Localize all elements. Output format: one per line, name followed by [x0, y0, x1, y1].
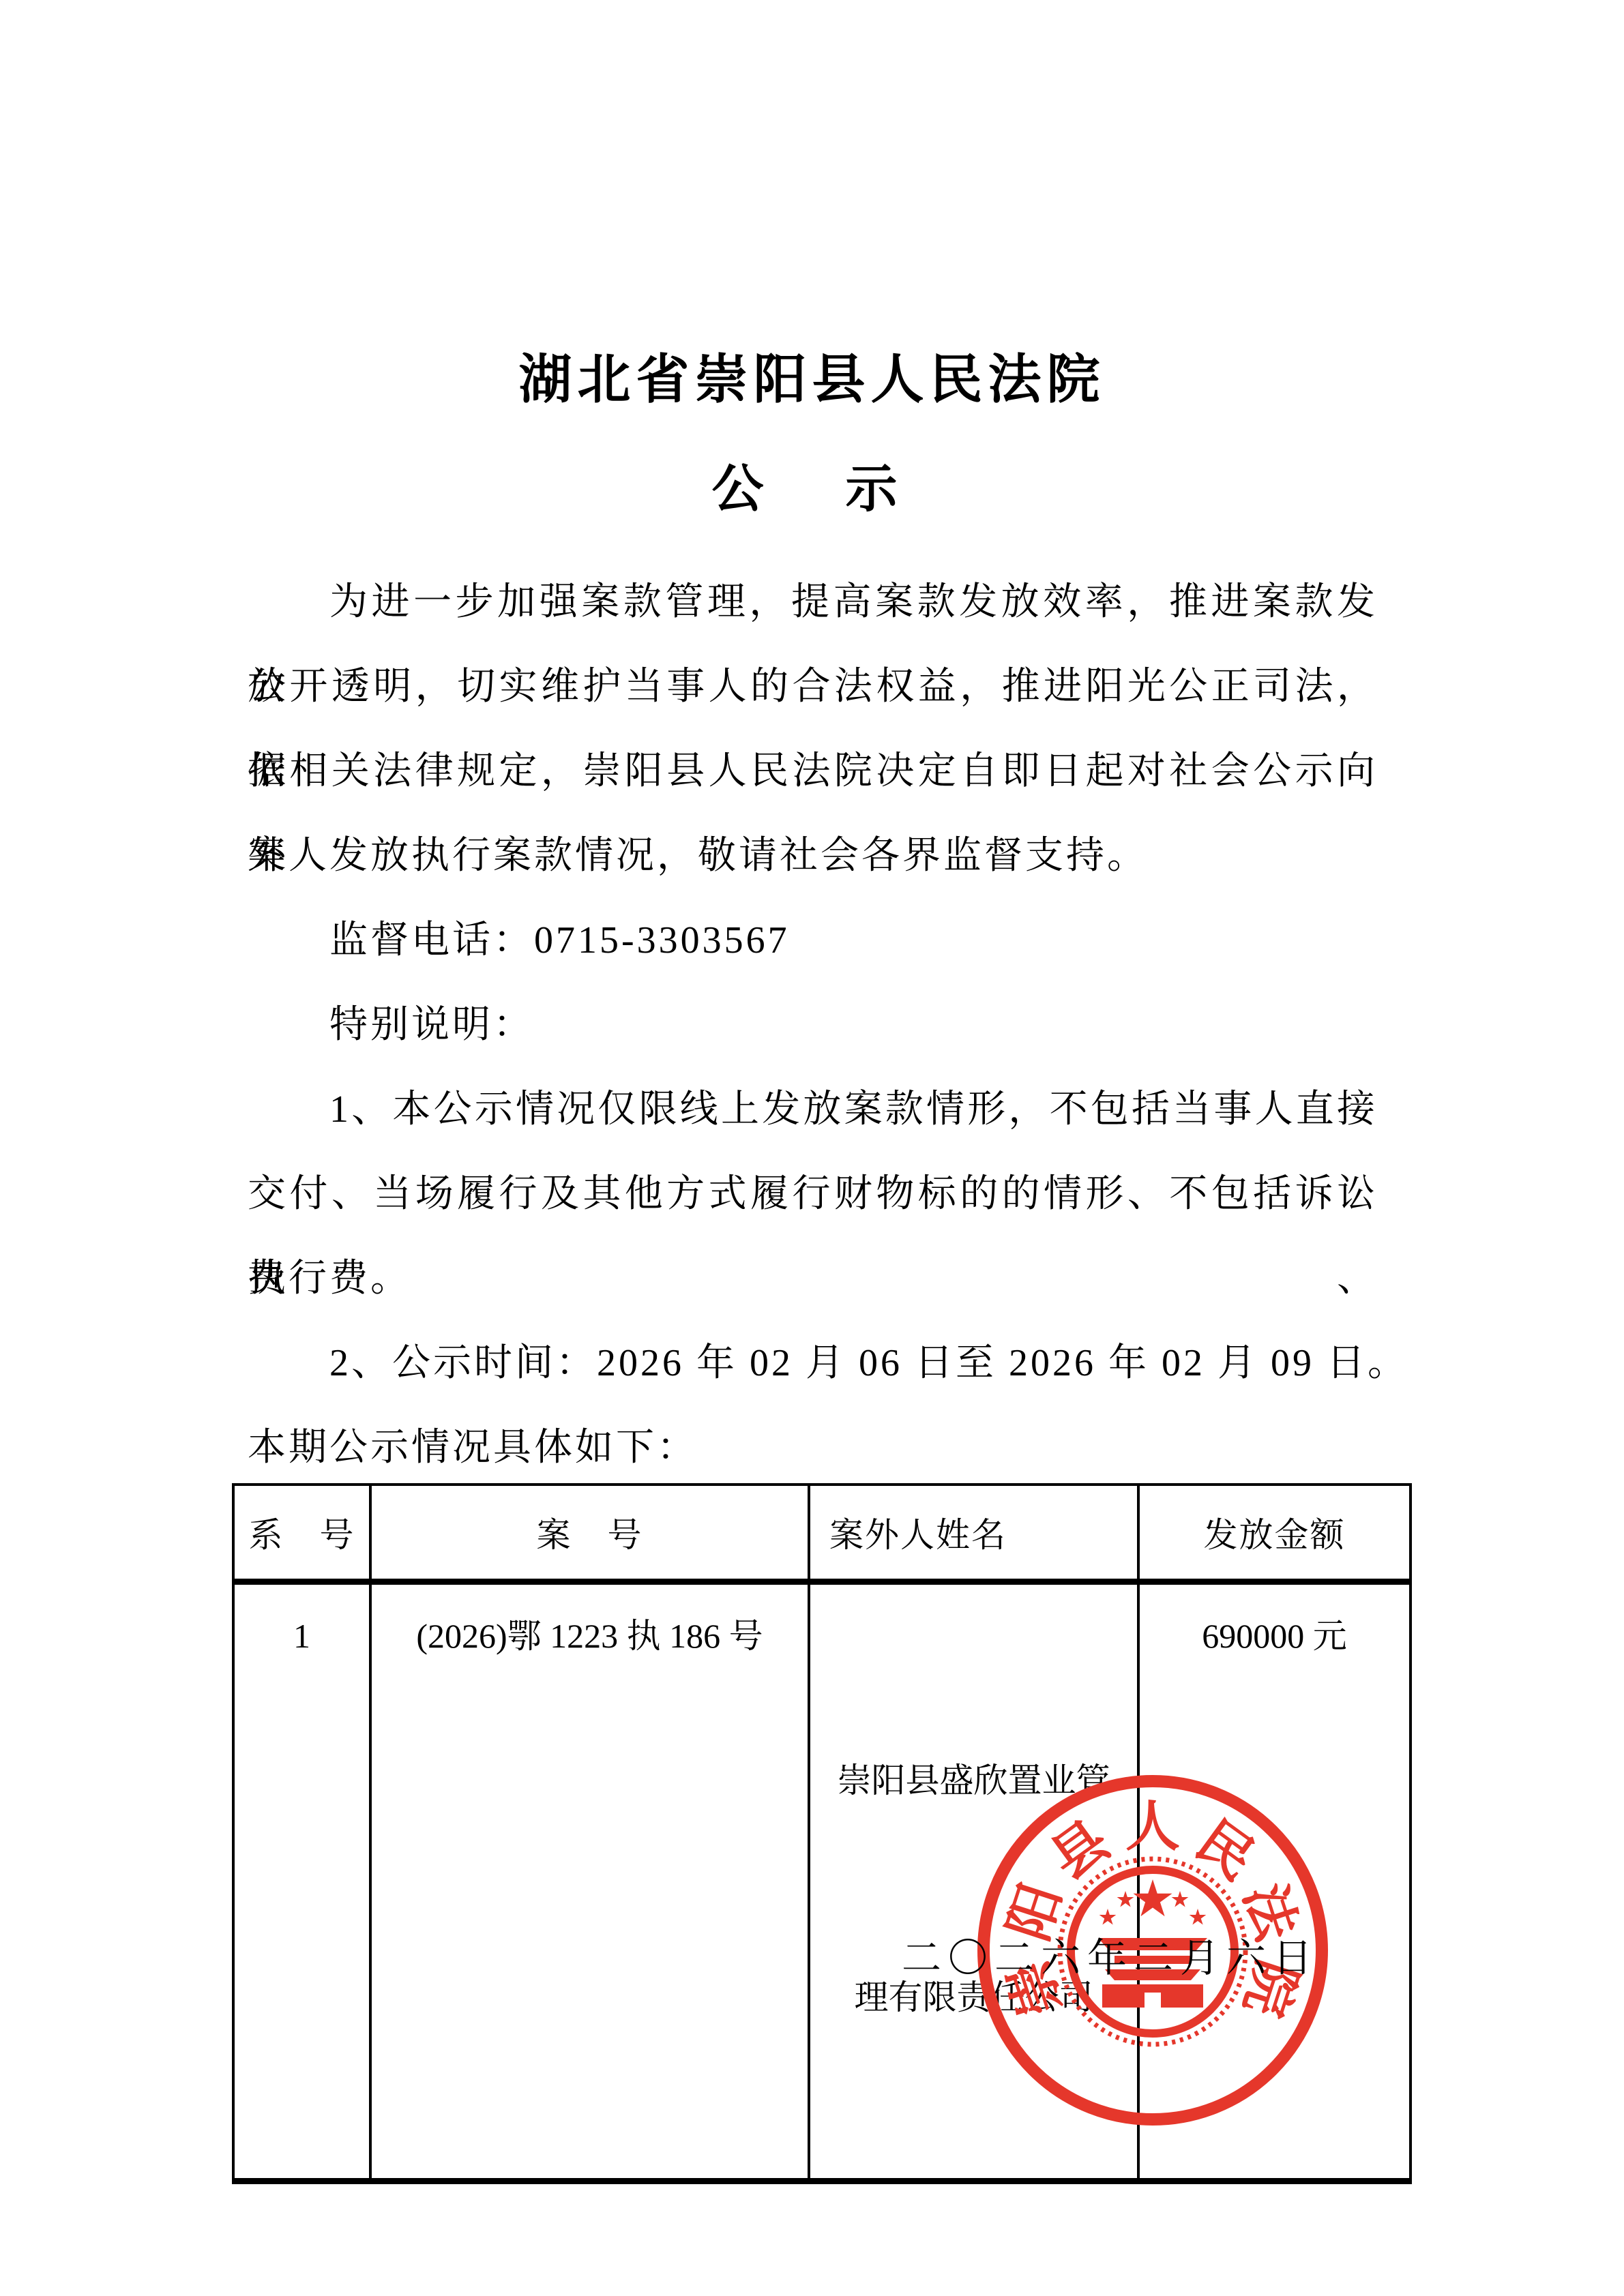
- page-title: 湖北省崇阳县人民法院: [0, 337, 1624, 413]
- publicity-period-line: 2、公示时间：2026 年 02 月 06 日至 2026 年 02 月 09 …: [248, 1321, 1378, 1405]
- header-seq-number: 系 号: [233, 1485, 370, 1581]
- body-line: 公开透明，切实维护当事人的合法权益，推进阳光公正司法，依: [248, 644, 1378, 729]
- body-line: 据相关法律规定，崇阳县人民法院决定自即日起对社会公示向案: [248, 729, 1378, 814]
- small-star-icon: [1099, 1909, 1117, 1925]
- cell-seq-number: 1: [233, 1581, 370, 2181]
- date-stamp: 二〇二六年二月六日: [902, 1926, 1319, 1983]
- body-line: 1、本公示情况仅限线上发放案款情形，不包括当事人直接: [248, 1067, 1378, 1152]
- table-intro-line: 本期公示情况具体如下：: [248, 1405, 1378, 1490]
- document-page: 湖北省崇阳县人民法院 公 示 为进一步加强案款管理，提高案款发放效率，推进案款发…: [0, 0, 1624, 2296]
- supervision-phone-line: 监督电话：0715-3303567: [248, 898, 1378, 983]
- small-star-icon: [1190, 1909, 1207, 1925]
- big-star-icon: [1133, 1879, 1172, 1916]
- body-paragraphs: 为进一步加强案款管理，提高案款发放效率，推进案款发放 公开透明，切实维护当事人的…: [248, 560, 1378, 1490]
- header-amount: 发放金额: [1138, 1485, 1411, 1581]
- cell-case-number: (2026)鄂 1223 执 186 号: [370, 1581, 809, 2181]
- table-header-row: 系 号 案 号 案外人姓名 发放金额: [233, 1485, 1411, 1581]
- body-line: 交付、当场履行及其他方式履行财物标的的情形、不包括诉讼费、: [248, 1152, 1378, 1236]
- header-case-number: 案 号: [370, 1485, 809, 1581]
- notice-subtitle: 公 示: [0, 447, 1624, 522]
- special-note-heading: 特别说明：: [248, 983, 1378, 1067]
- small-star-icon: [1172, 1891, 1189, 1907]
- small-star-icon: [1117, 1891, 1134, 1907]
- body-line: 外人发放执行案款情况，敬请社会各界监督支持。: [248, 814, 1378, 898]
- body-line: 为进一步加强案款管理，提高案款发放效率，推进案款发放: [248, 560, 1378, 644]
- seal-arc-char: 人: [1125, 1798, 1180, 1858]
- header-outsider-name: 案外人姓名: [809, 1485, 1138, 1581]
